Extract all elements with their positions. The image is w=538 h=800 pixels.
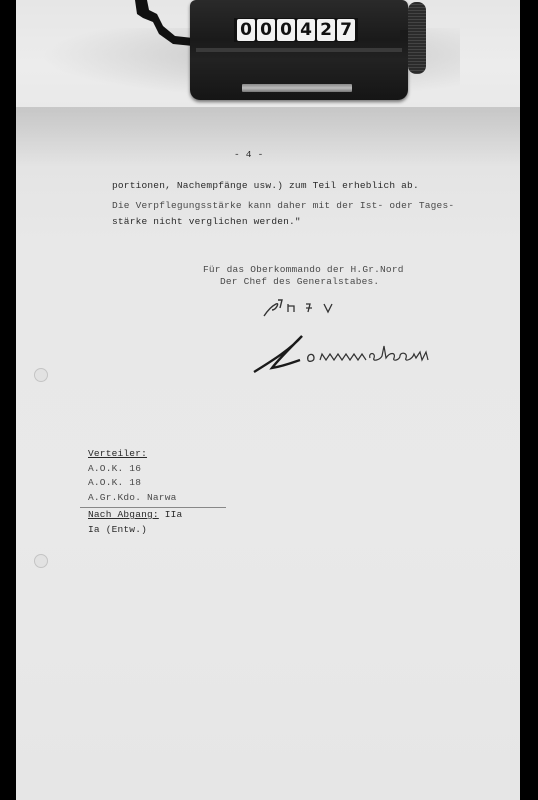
counter-strap	[133, 0, 193, 48]
distribution-recipient: A.Gr.Kdo. Narwa	[88, 492, 177, 503]
counter-digits: 0 0 0 4 2 7	[234, 18, 358, 42]
signature-line-2: Der Chef des Generalstabes.	[220, 276, 379, 287]
after-distribution-line: Nach Abgang: IIa	[88, 509, 182, 520]
counter-digit: 0	[277, 19, 295, 41]
page-number: - 4 -	[234, 149, 264, 160]
counter-slot	[242, 84, 352, 92]
distribution-heading: Verteiler:	[88, 448, 147, 459]
after-distribution-heading: Nach Abgang:	[88, 509, 159, 520]
distribution-recipient: A.O.K. 18	[88, 477, 141, 488]
binder-hole	[34, 368, 48, 382]
counter-digit: 4	[297, 19, 315, 41]
body-line: stärke nicht verglichen werden."	[112, 216, 301, 227]
distribution-recipient: A.O.K. 16	[88, 463, 141, 474]
counter-digit: 7	[337, 19, 355, 41]
body-line: portionen, Nachempfänge usw.) zum Teil e…	[112, 180, 419, 191]
signature-handwriting	[250, 330, 450, 375]
body-line: Die Verpflegungsstärke kann daher mit de…	[112, 200, 454, 211]
counter-ridge	[196, 48, 402, 52]
frame-counter: 0 0 0 4 2 7	[190, 0, 408, 100]
signature-line-1: Für das Oberkommando der H.Gr.Nord	[203, 264, 404, 275]
counter-knob	[408, 2, 426, 74]
after-distribution-second: Ia (Entw.)	[88, 524, 147, 535]
scan-right-edge	[520, 0, 538, 800]
distribution-divider	[80, 507, 226, 508]
counter-digit: 0	[237, 19, 255, 41]
binder-hole	[34, 554, 48, 568]
counter-digit: 0	[257, 19, 275, 41]
counter-digit: 2	[317, 19, 335, 41]
after-distribution-first: IIa	[165, 509, 183, 520]
initials-handwriting	[258, 294, 348, 322]
